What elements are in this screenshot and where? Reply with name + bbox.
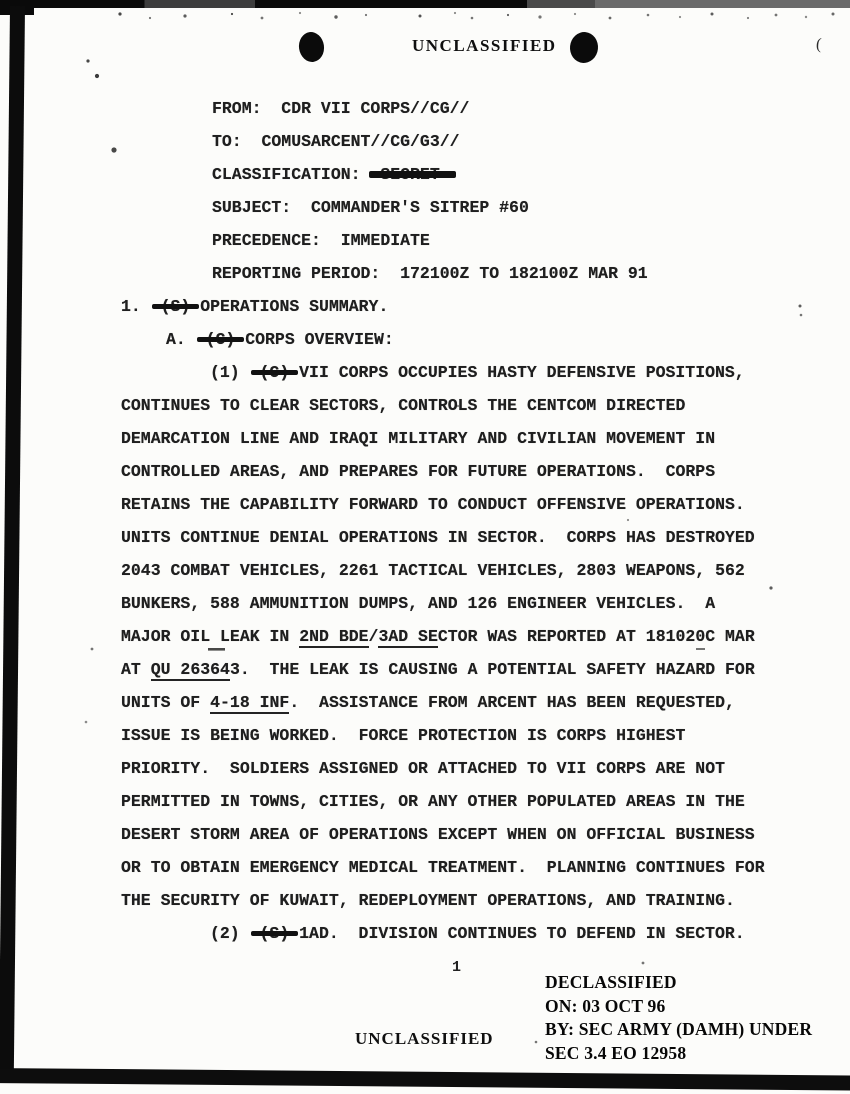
classification-banner-top: UNCLASSIFIED: [412, 36, 557, 56]
typed-text: UNITS CONTINUE DENIAL OPERATIONS IN SECT…: [121, 528, 755, 547]
underlined-text: 4-18 INF: [210, 693, 289, 714]
typed-text: CONTINUES TO CLEAR SECTORS, CONTROLS THE…: [121, 396, 685, 415]
typed-line: (1) (C) VII CORPS OCCUPIES HASTY DEFENSI…: [0, 356, 850, 389]
typed-line: 2043 COMBAT VEHICLES, 2261 TACTICAL VEHI…: [0, 554, 850, 587]
typed-text: 2043 COMBAT VEHICLES, 2261 TACTICAL VEHI…: [121, 561, 745, 580]
typed-line: CONTINUES TO CLEAR SECTORS, CONTROLS THE…: [0, 389, 850, 422]
typed-line: (2) (S) 1AD. DIVISION CONTINUES TO DEFEN…: [0, 917, 850, 950]
typed-text: CLASSIFICATION:: [212, 165, 380, 184]
typed-text: PRECEDENCE: IMMEDIATE: [212, 231, 430, 250]
stamp-line-date: ON: 03 OCT 96: [545, 995, 812, 1019]
typed-text: BUNKERS, 588 AMMUNITION DUMPS, AND 126 E…: [121, 594, 715, 613]
typed-line: CONTROLLED AREAS, AND PREPARES FOR FUTUR…: [0, 455, 850, 488]
scan-edge-bottom: [0, 1068, 850, 1091]
typed-line: CLASSIFICATION: SECRET: [0, 158, 850, 191]
typed-text: DEMARCATION LINE AND IRAQI MILITARY AND …: [121, 429, 715, 448]
scan-edge-top: [0, 0, 850, 8]
stamp-line-section: SEC 3.4 EO 12958: [545, 1042, 812, 1066]
typed-line: 1. (S) OPERATIONS SUMMARY.: [0, 290, 850, 323]
typed-text: 1AD. DIVISION CONTINUES TO DEFEND IN SEC…: [289, 924, 744, 943]
typed-line: TO: COMUSARCENT//CG/G3//: [0, 125, 850, 158]
typed-line: DEMARCATION LINE AND IRAQI MILITARY AND …: [0, 422, 850, 455]
typed-text: REPORTING PERIOD: 172100Z TO 182100Z MAR…: [212, 264, 648, 283]
typed-text: ISSUE IS BEING WORKED. FORCE PROTECTION …: [121, 726, 685, 745]
typed-text: AT: [121, 660, 151, 679]
typed-line: OR TO OBTAIN EMERGENCY MEDICAL TREATMENT…: [0, 851, 850, 884]
typed-text: PERMITTED IN TOWNS, CITIES, OR ANY OTHER…: [121, 792, 745, 811]
typed-line: BUNKERS, 588 AMMUNITION DUMPS, AND 126 E…: [0, 587, 850, 620]
typed-line: PRIORITY. SOLDIERS ASSIGNED OR ATTACHED …: [0, 752, 850, 785]
typed-line: DESERT STORM AREA OF OPERATIONS EXCEPT W…: [0, 818, 850, 851]
typed-text: OPERATIONS SUMMARY.: [190, 297, 388, 316]
underlined-text: 2ND BDE: [299, 627, 368, 648]
typed-text: CORPS OVERVIEW:: [235, 330, 393, 349]
typed-text: MAJOR OIL LEAK IN: [121, 627, 299, 646]
typed-text: TO: COMUSARCENT//CG/G3//: [212, 132, 460, 151]
typed-text: PRIORITY. SOLDIERS ASSIGNED OR ATTACHED …: [121, 759, 725, 778]
typed-line: A. (C) CORPS OVERVIEW:: [0, 323, 850, 356]
typed-line: UNITS CONTINUE DENIAL OPERATIONS IN SECT…: [0, 521, 850, 554]
page-number: 1: [452, 959, 461, 976]
scanned-document-page: UNCLASSIFIED FROM: CDR VII CORPS//CG//TO…: [0, 0, 850, 1094]
underlined-text: 3AD SE: [378, 627, 437, 648]
ink-blot-right: [568, 31, 599, 65]
typed-line: UNITS OF 4-18 INF. ASSISTANCE FROM ARCEN…: [0, 686, 850, 719]
stamp-line-declassified: DECLASSIFIED: [545, 971, 812, 995]
declassification-stamp: DECLASSIFIED ON: 03 OCT 96 BY: SEC ARMY …: [545, 971, 812, 1065]
typed-line: THE SECURITY OF KUWAIT, REDEPLOYMENT OPE…: [0, 884, 850, 917]
typed-text: CTOR WAS REPORTED AT 181020C MAR: [438, 627, 755, 646]
typed-text: /: [369, 627, 379, 646]
struck-classification-marking: (C): [260, 356, 290, 389]
typed-line: PRECEDENCE: IMMEDIATE: [0, 224, 850, 257]
typed-line: SUBJECT: COMMANDER'S SITREP #60: [0, 191, 850, 224]
scan-artifact-mark: (: [815, 36, 822, 54]
typed-line: AT QU 263643. THE LEAK IS CAUSING A POTE…: [0, 653, 850, 686]
typed-line: PERMITTED IN TOWNS, CITIES, OR ANY OTHER…: [0, 785, 850, 818]
typed-line: MAJOR OIL LEAK IN 2ND BDE/3AD SECTOR WAS…: [0, 620, 850, 653]
ink-blot-left: [297, 30, 326, 63]
struck-classification-marking: (S): [161, 290, 191, 323]
typed-line: ISSUE IS BEING WORKED. FORCE PROTECTION …: [0, 719, 850, 752]
typed-text: SUBJECT: COMMANDER'S SITREP #60: [212, 198, 529, 217]
typed-text: UNITS OF: [121, 693, 210, 712]
typed-body: FROM: CDR VII CORPS//CG//TO: COMUSARCENT…: [0, 92, 850, 950]
typed-text: RETAINS THE CAPABILITY FORWARD TO CONDUC…: [121, 495, 745, 514]
stamp-line-authority: BY: SEC ARMY (DAMH) UNDER: [545, 1018, 812, 1042]
typed-line: FROM: CDR VII CORPS//CG//: [0, 92, 850, 125]
typed-line: RETAINS THE CAPABILITY FORWARD TO CONDUC…: [0, 488, 850, 521]
typed-text: THE SECURITY OF KUWAIT, REDEPLOYMENT OPE…: [121, 891, 735, 910]
typed-text: DESERT STORM AREA OF OPERATIONS EXCEPT W…: [121, 825, 755, 844]
typed-text: OR TO OBTAIN EMERGENCY MEDICAL TREATMENT…: [121, 858, 765, 877]
typed-line: REPORTING PERIOD: 172100Z TO 182100Z MAR…: [0, 257, 850, 290]
struck-classification-word: SECRET: [380, 158, 439, 191]
struck-classification-marking: (S): [260, 917, 290, 950]
typed-text: CONTROLLED AREAS, AND PREPARES FOR FUTUR…: [121, 462, 715, 481]
typed-text: VII CORPS OCCUPIES HASTY DEFENSIVE POSIT…: [289, 363, 744, 382]
typed-text: FROM: CDR VII CORPS//CG//: [212, 99, 469, 118]
typed-text: . ASSISTANCE FROM ARCENT HAS BEEN REQUES…: [289, 693, 735, 712]
classification-banner-bottom: UNCLASSIFIED: [355, 1029, 494, 1049]
typed-text: 3. THE LEAK IS CAUSING A POTENTIAL SAFET…: [230, 660, 755, 679]
underlined-text: QU 26364: [151, 660, 230, 681]
struck-classification-marking: (C): [206, 323, 236, 356]
